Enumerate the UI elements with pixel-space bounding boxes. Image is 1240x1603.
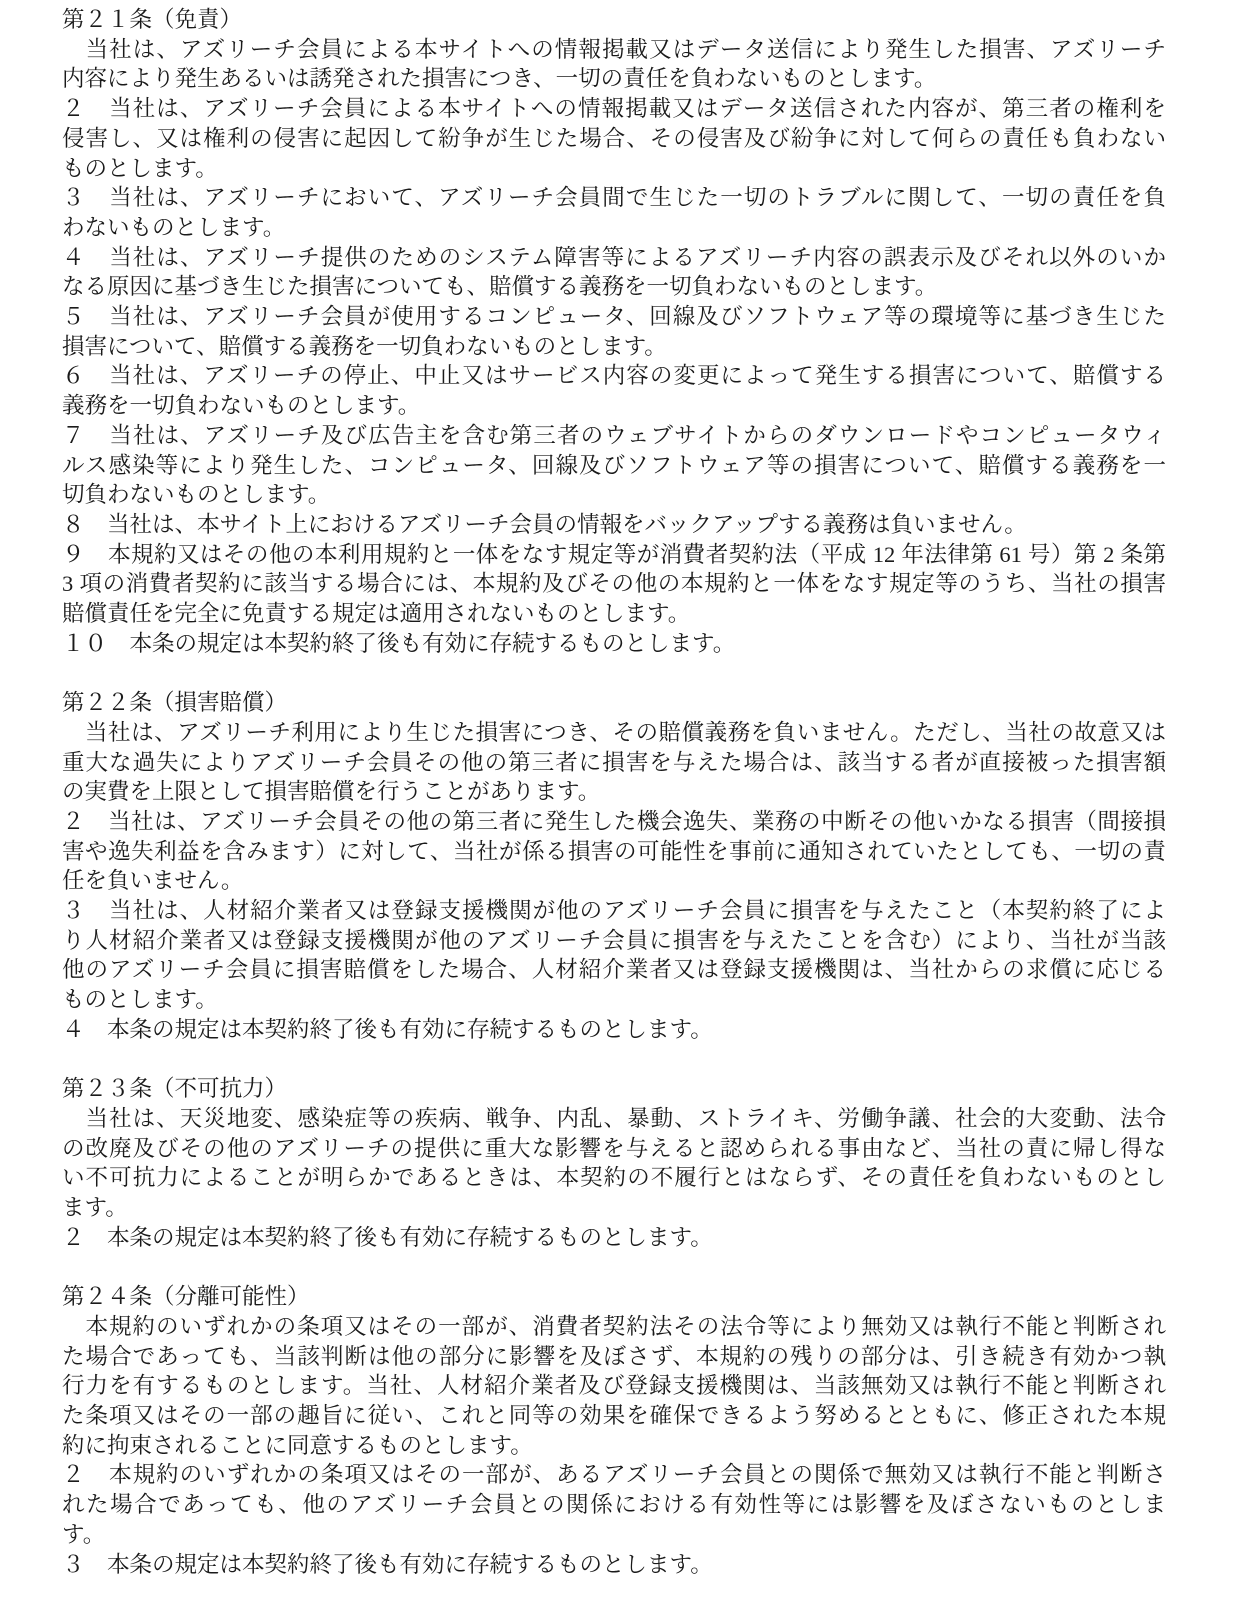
text-line: 他のアズリーチ会員に損害賠償をした場合、人材紹介業者又は登録支援機関は、当社から… (62, 955, 1166, 985)
article-paragraphs: 当社は、アズリーチ利用により生じた損害につき、その賠償義務を負いません。ただし、… (62, 718, 1166, 1045)
text-line: 賠償責任を完全に免責する規定は適用されないものとします。 (62, 599, 1166, 629)
terms-document-page: 第２１条（免責） 当社は、アズリーチ会員による本サイトへの情報掲載又はデータ送信… (0, 0, 1240, 1603)
document-body: 第２１条（免責） 当社は、アズリーチ会員による本サイトへの情報掲載又はデータ送信… (62, 5, 1166, 1579)
text-line: た条項又はその一部の趣旨に従い、これと同等の効果を確保できるよう努めるとともに、… (62, 1401, 1166, 1431)
article-heading: 第２１条（免責） (62, 5, 1166, 35)
text-line: なる原因に基づき生じた損害についても、賠償する義務を一切負わないものとします。 (62, 272, 1166, 302)
article-section: 第２１条（免責） 当社は、アズリーチ会員による本サイトへの情報掲載又はデータ送信… (62, 5, 1166, 658)
article-section: 第２２条（損害賠償） 当社は、アズリーチ利用により生じた損害につき、その賠償義務… (62, 688, 1166, 1044)
text-line: い不可抗力によることが明らかであるときは、本契約の不履行とはならず、その責任を負… (62, 1163, 1166, 1193)
text-line: ものとします。 (62, 985, 1166, 1015)
text-line: 当社は、アズリーチ会員による本サイトへの情報掲載又はデータ送信により発生した損害… (62, 35, 1166, 65)
text-line: ものとします。 (62, 154, 1166, 184)
text-line: ６ 当社は、アズリーチの停止、中止又はサービス内容の変更によって発生する損害につ… (62, 361, 1166, 391)
text-line: 切負わないものとします。 (62, 480, 1166, 510)
text-line: 当社は、アズリーチ利用により生じた損害につき、その賠償義務を負いません。ただし、… (62, 718, 1166, 748)
article-paragraphs: 本規約のいずれかの条項又はその一部が、消費者契約法その法令等により無効又は執行不… (62, 1312, 1166, 1579)
text-line: の実費を上限として損害賠償を行うことがあります。 (62, 777, 1166, 807)
article-paragraphs: 当社は、アズリーチ会員による本サイトへの情報掲載又はデータ送信により発生した損害… (62, 35, 1166, 659)
text-line: り人材紹介業者又は登録支援機関が他のアズリーチ会員に損害を与えたことを含む）によ… (62, 926, 1166, 956)
text-line: ルス感染等により発生した、コンピュータ、回線及びソフトウェア等の損害について、賠… (62, 451, 1166, 481)
article-heading: 第２３条（不可抗力） (62, 1074, 1166, 1104)
text-line: ４ 本条の規定は本契約終了後も有効に存続するものとします。 (62, 1015, 1166, 1045)
text-line: ２ 本条の規定は本契約終了後も有効に存続するものとします。 (62, 1223, 1166, 1253)
article-section: 第２４条（分離可能性） 本規約のいずれかの条項又はその一部が、消費者契約法その法… (62, 1282, 1166, 1579)
text-line: 本規約のいずれかの条項又はその一部が、消費者契約法その法令等により無効又は執行不… (62, 1312, 1166, 1342)
text-line: ３ 本条の規定は本契約終了後も有効に存続するものとします。 (62, 1550, 1166, 1580)
text-line: ます。 (62, 1193, 1166, 1223)
text-line: ２ 当社は、アズリーチ会員その他の第三者に発生した機会逸失、業務の中断その他いか… (62, 807, 1166, 837)
text-line: ３ 当社は、アズリーチにおいて、アズリーチ会員間で生じた一切のトラブルに関して、… (62, 183, 1166, 213)
text-line: ８ 当社は、本サイト上におけるアズリーチ会員の情報をバックアップする義務は負いま… (62, 510, 1166, 540)
text-line: ４ 当社は、アズリーチ提供のためのシステム障害等によるアズリーチ内容の誤表示及び… (62, 243, 1166, 273)
text-line: 行力を有するものとします。当社、人材紹介業者及び登録支援機関は、当該無効又は執行… (62, 1371, 1166, 1401)
text-line: の改廃及びその他のアズリーチの提供に重大な影響を与えると認められる事由など、当社… (62, 1134, 1166, 1164)
text-line: ２ 本規約のいずれかの条項又はその一部が、あるアズリーチ会員との関係で無効又は執… (62, 1460, 1166, 1490)
article-heading: 第２２条（損害賠償） (62, 688, 1166, 718)
text-line: れた場合であっても、他のアズリーチ会員との関係における有効性等には影響を及ぼさな… (62, 1490, 1166, 1520)
text-line: ３ 当社は、人材紹介業者又は登録支援機関が他のアズリーチ会員に損害を与えたこと（… (62, 896, 1166, 926)
text-line: 侵害し、又は権利の侵害に起因して紛争が生じた場合、その侵害及び紛争に対して何らの… (62, 124, 1166, 154)
text-line: 損害について、賠償する義務を一切負わないものとします。 (62, 332, 1166, 362)
text-line: 重大な過失によりアズリーチ会員その他の第三者に損害を与えた場合は、該当する者が直… (62, 748, 1166, 778)
text-line: 任を負いません。 (62, 866, 1166, 896)
article-paragraphs: 当社は、天災地変、感染症等の疾病、戦争、内乱、暴動、ストライキ、労働争議、社会的… (62, 1104, 1166, 1253)
text-line: 内容により発生あるいは誘発された損害につき、一切の責任を負わないものとします。 (62, 64, 1166, 94)
text-line: 義務を一切負わないものとします。 (62, 391, 1166, 421)
text-line: 3 項の消費者契約に該当する場合には、本規約及びその他の本規約と一体をなす規定等… (62, 569, 1166, 599)
text-line: ９ 本規約又はその他の本利用規約と一体をなす規定等が消費者契約法（平成 12 年… (62, 540, 1166, 570)
text-line: 約に拘束されることに同意するものとします。 (62, 1431, 1166, 1461)
text-line: ７ 当社は、アズリーチ及び広告主を含む第三者のウェブサイトからのダウンロードやコ… (62, 421, 1166, 451)
article-heading: 第２４条（分離可能性） (62, 1282, 1166, 1312)
text-line: 当社は、天災地変、感染症等の疾病、戦争、内乱、暴動、ストライキ、労働争議、社会的… (62, 1104, 1166, 1134)
text-line: ５ 当社は、アズリーチ会員が使用するコンピュータ、回線及びソフトウェア等の環境等… (62, 302, 1166, 332)
text-line: す。 (62, 1520, 1166, 1550)
text-line: １０ 本条の規定は本契約終了後も有効に存続するものとします。 (62, 629, 1166, 659)
text-line: 害や逸失利益を含みます）に対して、当社が係る損害の可能性を事前に通知されていたと… (62, 837, 1166, 867)
text-line: た場合であっても、当該判断は他の部分に影響を及ぼさず、本規約の残りの部分は、引き… (62, 1342, 1166, 1372)
text-line: わないものとします。 (62, 213, 1166, 243)
article-section: 第２３条（不可抗力） 当社は、天災地変、感染症等の疾病、戦争、内乱、暴動、ストラ… (62, 1074, 1166, 1252)
text-line: ２ 当社は、アズリーチ会員による本サイトへの情報掲載又はデータ送信された内容が、… (62, 94, 1166, 124)
